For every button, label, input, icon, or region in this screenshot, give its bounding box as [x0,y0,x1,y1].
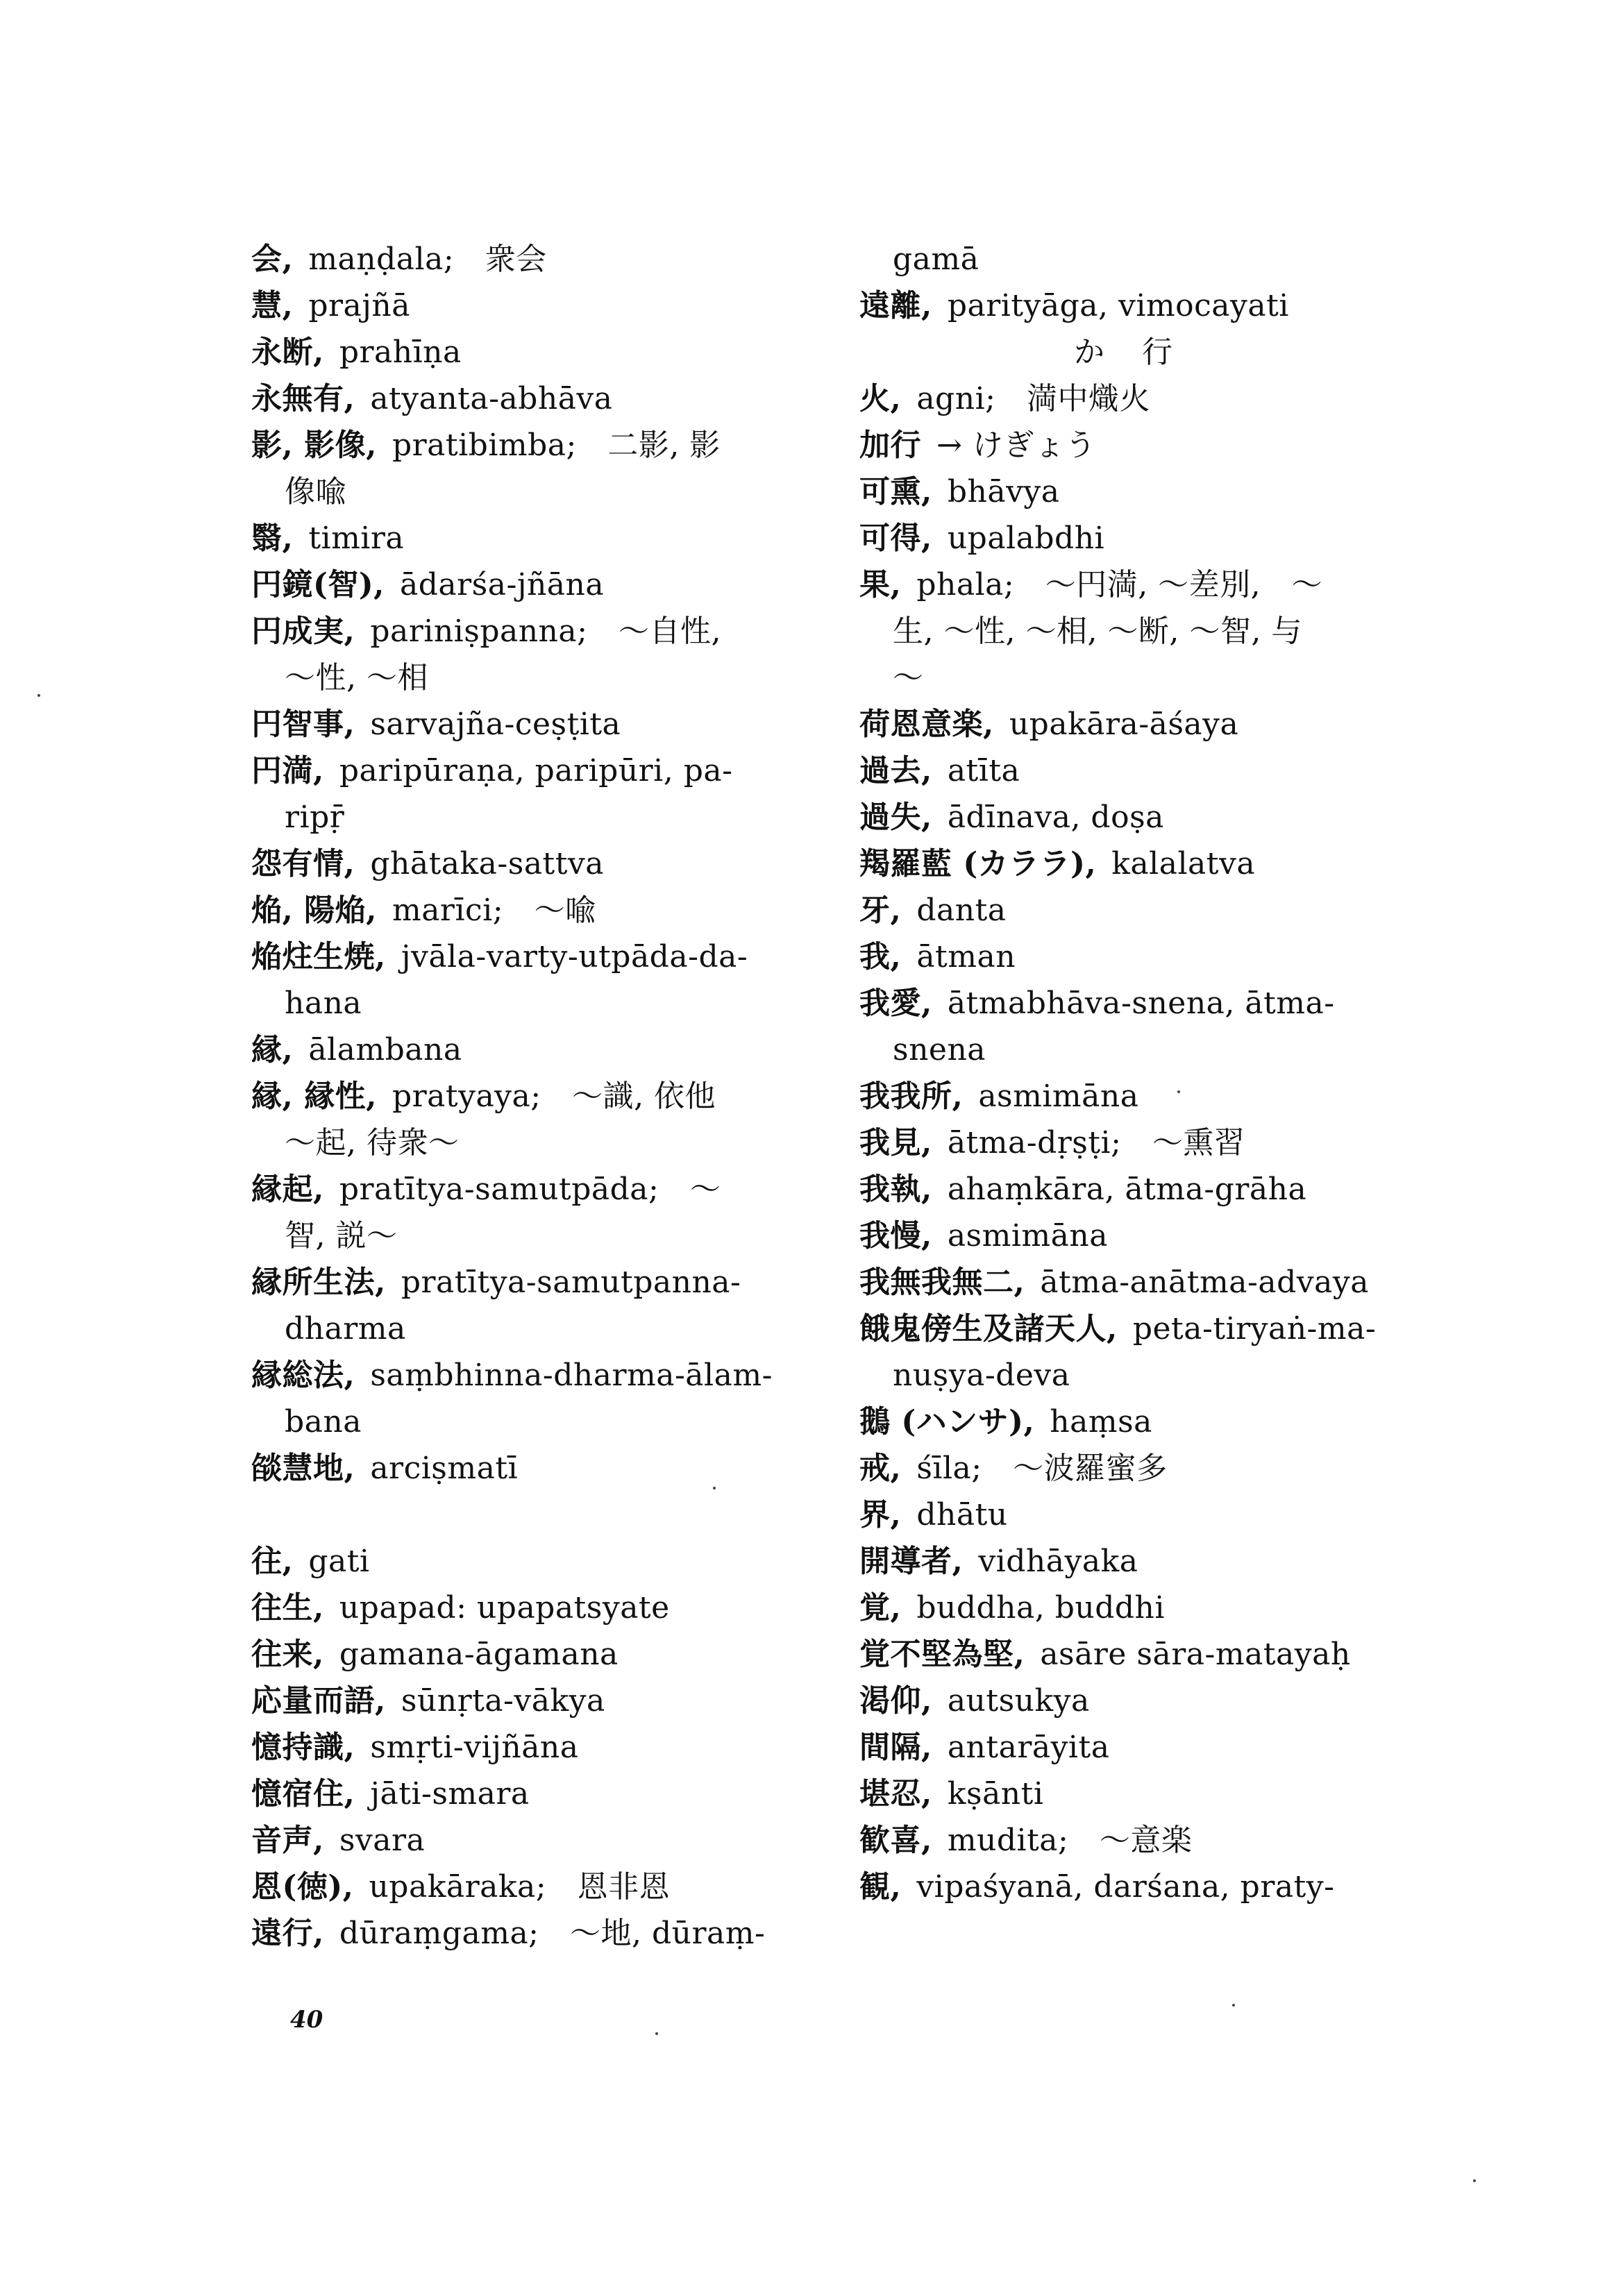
dictionary-entry: 荷恩意楽,upakāra-āśaya [859,701,1415,748]
entry-gloss: dūraṃgama; ～地, dūraṃ- [339,1916,766,1951]
left-column: 会,maṇḍala; 衆会慧,prajñā永断,prahīṇa永無有,atyan… [251,236,807,1957]
dictionary-entry: 餓鬼傍生及諸天人,peta-tiryaṅ-ma- [859,1306,1415,1352]
entry-gloss: saṃbhinna-dharma-ālam- [370,1358,773,1393]
entry-continuation: snena [859,1027,1415,1073]
entry-gloss: jāti-smara [370,1776,529,1812]
dictionary-entry: 観,vipaśyanā, darśana, praty- [859,1864,1415,1910]
dictionary-entry: 我慢,asmimāna [859,1213,1415,1259]
entry-gloss: pariniṣpanna; ～自性, [370,614,721,649]
entry-gloss: kalalatva [1111,846,1255,881]
entry-term: 永断, [251,335,324,370]
entry-gloss: gamana-āgamana [339,1637,619,1672]
entry-term: 火, [859,381,901,416]
entry-gloss: kṣānti [948,1776,1044,1812]
entry-gloss: smṛti-vijñāna [370,1730,578,1765]
scan-speck [1232,2004,1235,2007]
entry-term: 鵝 (ハンサ), [859,1404,1034,1440]
dictionary-entry: 憶持識,smṛti-vijñāna [251,1724,807,1771]
entry-gloss: upalabdhi [948,521,1104,556]
entry-gloss: prahīṇa [339,335,462,370]
entry-continuation: ～起, 待衆～ [251,1120,807,1166]
dictionary-entry: 果,phala; ～円満, ～差別, ～ [859,562,1415,608]
entry-term: 縁, [251,1032,293,1067]
entry-term: 縁, 縁性, [251,1079,377,1114]
entry-gloss: dhātu [916,1497,1007,1533]
scan-speck [713,1487,716,1489]
entry-continuation: 像喩 [251,469,807,515]
dictionary-entry: 我執,ahaṃkāra, ātma-grāha [859,1166,1415,1213]
dictionary-entry: 可得,upalabdhi [859,515,1415,562]
entry-gloss: śīla; ～波羅蜜多 [916,1451,1167,1486]
entry-gloss: autsukya [948,1683,1090,1719]
entry-term: 我見, [859,1125,932,1160]
entry-term: 過去, [859,753,932,788]
entry-gloss: timira [308,521,404,556]
entry-gloss: ādarśa-jñāna [400,567,604,602]
entry-term: 円満, [251,753,324,788]
dictionary-entry: 円満,paripūraṇa, paripūri, pa- [251,748,807,794]
dictionary-entry: 縁所生法,pratītya-samutpanna- [251,1259,807,1306]
entry-gloss: ahaṃkāra, ātma-grāha [948,1172,1306,1207]
dictionary-entry: 渇仰,autsukya [859,1678,1415,1724]
entry-term: 我, [859,939,901,974]
entry-gloss: upapad: upapatsyate [339,1590,670,1626]
entry-gloss: agni; 満中熾火 [916,381,1150,416]
entry-gloss: vidhāyaka [978,1544,1138,1579]
entry-continuation: hana [251,980,807,1027]
entry-term: 加行 [859,428,921,463]
entry-term: 遠行, [251,1916,324,1951]
entry-term: 可熏, [859,474,932,509]
dictionary-entry: 我,ātman [859,934,1415,980]
dictionary-entry: 歓喜,mudita; ～意楽 [859,1817,1415,1864]
scan-speck [1473,2179,1476,2182]
dictionary-entry: 往,gati [251,1538,807,1585]
entry-term: 羯羅藍 (カララ), [859,846,1096,881]
entry-term: 影, 影像, [251,428,377,463]
entry-term: 間隔, [859,1730,932,1765]
dictionary-entry: 間隔,antarāyita [859,1724,1415,1771]
dictionary-entry: 我無我無二,ātma-anātma-advaya [859,1259,1415,1306]
entry-gloss: ātma-anātma-advaya [1040,1265,1369,1300]
dictionary-entry: 翳,timira [251,515,807,562]
entry-gloss: pratibimba; 二影, 影 [392,428,721,463]
entry-gloss: → けぎょう [936,428,1096,463]
entry-term: 可得, [859,521,932,556]
dictionary-entry: 永無有,atyanta-abhāva [251,375,807,422]
entry-term: 開導者, [859,1544,963,1579]
dictionary-entry: 円成実,pariniṣpanna; ～自性, [251,608,807,655]
entry-term: 縁起, [251,1172,324,1207]
entry-gloss: atyanta-abhāva [370,381,612,416]
entry-term: 餓鬼傍生及諸天人, [859,1311,1118,1347]
dictionary-entry: 音声,svara [251,1817,807,1864]
entry-gloss: ātma-dṛṣṭi; ～熏習 [948,1125,1245,1160]
entry-continuation: nuṣya-deva [859,1352,1415,1399]
dictionary-entry: 過失,ādīnava, doṣa [859,794,1415,841]
entry-gloss: mudita; ～意楽 [948,1823,1193,1858]
entry-gloss: asmimāna [978,1079,1138,1114]
dictionary-entry: 応量而語,sūnṛta-vākya [251,1678,807,1724]
entry-term: 荷恩意楽, [859,707,994,742]
entry-gloss: svara [339,1823,425,1858]
dictionary-entry: 怨有情,ghātaka-sattva [251,841,807,887]
dictionary-entry: 縁,ālambana [251,1027,807,1073]
entry-term: 会, [251,242,293,277]
dictionary-entry: 羯羅藍 (カララ),kalalatva [859,841,1415,887]
entry-gloss: maṇḍala; 衆会 [308,242,546,277]
entry-term: 焔炷生焼, [251,939,386,974]
entry-term: 覚, [859,1590,901,1626]
dictionary-entry: 過去,atīta [859,748,1415,794]
entry-gloss: paripūraṇa, paripūri, pa- [339,753,733,788]
entry-term: 往生, [251,1590,324,1626]
entry-term: 怨有情, [251,846,355,881]
entry-term: 憶宿住, [251,1776,355,1812]
entry-term: 堪忍, [859,1776,932,1812]
entry-term: 覚不堅為堅, [859,1637,1025,1672]
right-column: gamā遠離,parityāga, vimocayatiか 行火,agni; 満… [859,236,1415,1910]
entry-continuation: 智, 説～ [251,1213,807,1259]
dictionary-entry: 影, 影像,pratibimba; 二影, 影 [251,422,807,469]
entry-gloss: vipaśyanā, darśana, praty- [916,1869,1334,1905]
entry-gloss: ātman [916,939,1016,974]
blank-line [251,1492,807,1538]
dictionary-entry: 遠離,parityāga, vimocayati [859,282,1415,329]
entry-term: 我愛, [859,986,932,1021]
entry-continuation: gamā [859,236,1415,282]
entry-term: 円智事, [251,707,355,742]
entry-term: 応量而語, [251,1683,386,1719]
entry-continuation: 生, ～性, ～相, ～断, ～智, 与 [859,608,1415,655]
dictionary-entry: 火,agni; 満中熾火 [859,375,1415,422]
dictionary-entry: 縁, 縁性,pratyaya; ～識, 依他 [251,1073,807,1120]
dictionary-entry: 焔, 陽焔,marīci; ～喩 [251,887,807,934]
dictionary-entry: 可熏,bhāvya [859,469,1415,515]
entry-gloss: phala; ～円満, ～差別, ～ [916,567,1322,602]
entry-term: 縁所生法, [251,1265,386,1300]
entry-gloss: gati [308,1544,369,1579]
dictionary-entry: 堪忍,kṣānti [859,1771,1415,1817]
page-number: 40 [290,2006,323,2034]
dictionary-entry: 焔炷生焼,jvāla-varty-utpāda-da- [251,934,807,980]
entry-term: 牙, [859,893,901,928]
dictionary-entry: 憶宿住,jāti-smara [251,1771,807,1817]
entry-gloss: sarvajña-ceṣṭita [370,707,621,742]
entry-term: 遠離, [859,288,932,323]
entry-gloss: bhāvya [948,474,1060,509]
entry-gloss: sūnṛta-vākya [401,1683,605,1719]
dictionary-entry: 恩(徳),upakāraka; 恩非恩 [251,1864,807,1910]
dictionary-entry: 加行→ けぎょう [859,422,1415,469]
dictionary-entry: 遠行,dūraṃgama; ～地, dūraṃ- [251,1910,807,1957]
entry-term: 我我所, [859,1079,963,1114]
entry-term: 戒, [859,1451,901,1486]
dictionary-entry: 戒,śīla; ～波羅蜜多 [859,1445,1415,1492]
dictionary-entry: 牙,danta [859,887,1415,934]
entry-gloss: asmimāna [948,1218,1108,1253]
entry-gloss: peta-tiryaṅ-ma- [1133,1311,1376,1347]
entry-gloss: arciṣmatī [370,1451,518,1486]
entry-term: 円成実, [251,614,355,649]
dictionary-entry: 会,maṇḍala; 衆会 [251,236,807,282]
entry-gloss: antarāyita [948,1730,1110,1765]
entry-term: 憶持識, [251,1730,355,1765]
dictionary-entry: 覚不堅為堅,asāre sāra-matayaḥ [859,1631,1415,1678]
entry-gloss: asāre sāra-matayaḥ [1040,1637,1350,1672]
entry-term: 往来, [251,1637,324,1672]
dictionary-entry: 我我所,asmimāna [859,1073,1415,1120]
entry-term: 歓喜, [859,1823,932,1858]
entry-gloss: prajñā [308,288,410,323]
entry-term: 往, [251,1544,293,1579]
scan-speck [1177,1090,1180,1093]
entry-gloss: parityāga, vimocayati [948,288,1289,323]
entry-gloss: jvāla-varty-utpāda-da- [401,939,748,974]
dictionary-entry: 往生,upapad: upapatsyate [251,1585,807,1631]
entry-term: 慧, [251,288,293,323]
dictionary-entry: 縁起,pratītya-samutpāda; ～ [251,1166,807,1213]
dictionary-entry: 覚,buddha, buddhi [859,1585,1415,1631]
dictionary-entry: 円智事,sarvajña-ceṣṭita [251,701,807,748]
entry-term: 我執, [859,1172,932,1207]
dictionary-page: 会,maṇḍala; 衆会慧,prajñā永断,prahīṇa永無有,atyan… [0,0,1623,2296]
entry-continuation: ripṝ [251,794,807,841]
entry-term: 過失, [859,800,932,835]
dictionary-entry: 界,dhātu [859,1492,1415,1538]
entry-gloss: upakāraka; 恩非恩 [369,1869,670,1905]
entry-gloss: ātmabhāva-snena, ātma- [948,986,1335,1021]
dictionary-entry: 円鏡(智),ādarśa-jñāna [251,562,807,608]
entry-term: 音声, [251,1823,324,1858]
entry-term: 焔, 陽焔, [251,893,377,928]
entry-gloss: ādīnava, doṣa [948,800,1164,835]
entry-term: 我慢, [859,1218,932,1253]
entry-gloss: buddha, buddhi [916,1590,1165,1626]
entry-term: 果, [859,567,901,602]
entry-term: 永無有, [251,381,355,416]
dictionary-entry: 永断,prahīṇa [251,329,807,375]
entry-gloss: pratītya-samutpāda; ～ [339,1172,721,1207]
entry-term: 縁総法, [251,1358,355,1393]
dictionary-entry: 開導者,vidhāyaka [859,1538,1415,1585]
entry-gloss: ālambana [308,1032,462,1067]
entry-gloss: atīta [948,753,1020,788]
entry-term: 恩(徳), [251,1869,353,1905]
dictionary-entry: 縁総法,saṃbhinna-dharma-ālam- [251,1352,807,1399]
entry-continuation: ～性, ～相 [251,655,807,701]
entry-term: 円鏡(智), [251,567,385,602]
dictionary-entry: 慧,prajñā [251,282,807,329]
section-heading: か 行 [859,329,1415,375]
entry-gloss: ghātaka-sattva [370,846,604,881]
entry-gloss: upakāra-āśaya [1009,707,1238,742]
entry-term: 渇仰, [859,1683,932,1719]
entry-continuation: dharma [251,1306,807,1352]
entry-continuation: ～ [859,655,1415,701]
entry-gloss: pratyaya; ～識, 依他 [392,1079,716,1114]
scan-speck [37,694,40,697]
dictionary-entry: 我愛,ātmabhāva-snena, ātma- [859,980,1415,1027]
entry-gloss: marīci; ～喩 [392,893,596,928]
dictionary-entry: 鵝 (ハンサ),haṃsa [859,1399,1415,1445]
scan-speck [655,2032,658,2035]
entry-gloss: pratītya-samutpanna- [401,1265,741,1300]
entry-continuation: bana [251,1399,807,1445]
dictionary-entry: 往来,gamana-āgamana [251,1631,807,1678]
entry-gloss: haṃsa [1050,1404,1152,1440]
entry-term: 観, [859,1869,901,1905]
entry-term: 翳, [251,521,293,556]
entry-term: 界, [859,1497,901,1533]
dictionary-entry: 我見,ātma-dṛṣṭi; ～熏習 [859,1120,1415,1166]
dictionary-entry: 燄慧地,arciṣmatī [251,1445,807,1492]
entry-gloss: danta [916,893,1006,928]
entry-term: 燄慧地, [251,1451,355,1486]
entry-term: 我無我無二, [859,1265,1025,1300]
